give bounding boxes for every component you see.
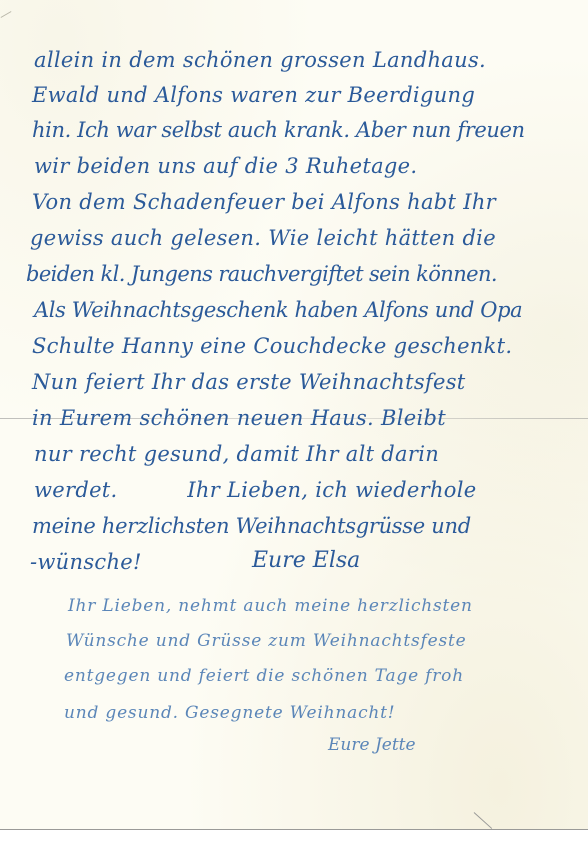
letter-line: Nun feiert Ihr das erste Weihnachtsfest [32, 370, 466, 394]
paper-corner-crease [474, 812, 493, 829]
letter-line: wir beiden uns auf die 3 Ruhetage. [34, 154, 417, 178]
letter-line: nur recht gesund, damit Ihr alt darin [34, 442, 439, 466]
letter-line: Von dem Schadenfeuer bei Alfons habt Ihr [32, 190, 496, 214]
letter-line: Schulte Hanny eine Couchdecke geschenkt. [32, 334, 512, 358]
letter-line: Als Weihnachtsgeschenk haben Alfons und … [34, 298, 522, 322]
letter-line: hin. Ich war selbst auch krank. Aber nun… [32, 118, 525, 142]
letter-line: werdet. Ihr Lieben, ich wiederhole [34, 478, 476, 502]
letter-line: Ewald und Alfons waren zur Beerdigung [32, 83, 475, 107]
letter-line: in Eurem schönen neuen Haus. Bleibt [32, 406, 446, 430]
postscript-line: und gesund. Gesegnete Weihnacht! [64, 703, 395, 723]
letter-line: allein in dem schönen grossen Landhaus. [34, 48, 486, 72]
postscript-line: entgegen und feiert die schönen Tage fro… [64, 666, 464, 686]
letter-signature: Eure Elsa [252, 548, 360, 573]
paper-crease [1, 11, 12, 18]
postscript-signature: Eure Jette [328, 735, 416, 755]
letter-line: beiden kl. Jungens rauchvergiftet sein k… [26, 262, 497, 286]
letter-line: gewiss auch gelesen. Wie leicht hätten d… [30, 226, 496, 250]
postscript-line: Wünsche und Grüsse zum Weihnachtsfeste [66, 631, 467, 651]
letter-page: allein in dem schönen grossen Landhaus. … [0, 0, 588, 830]
letter-line: meine herzlichsten Weihnachtsgrüsse und [32, 514, 471, 538]
postscript-line: Ihr Lieben, nehmt auch meine herzlichste… [68, 596, 473, 616]
letter-line: -wünsche! [30, 550, 142, 574]
